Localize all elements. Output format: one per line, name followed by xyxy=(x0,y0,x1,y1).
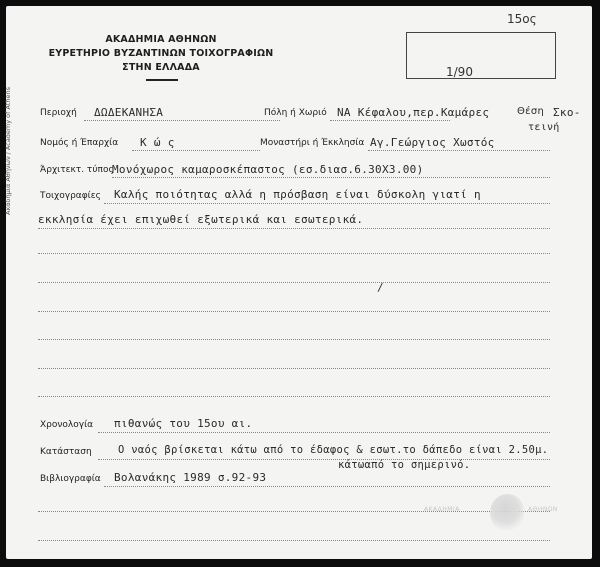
frescoes-text-2: εκκλησία έχει επιχωθεί εξωτερικά και εσω… xyxy=(38,213,363,226)
frescoes-text-1: Καλής ποιότητας αλλά η πρόσβαση είναι δύ… xyxy=(114,188,481,201)
frescoes-label: Τοιχογραφίες xyxy=(40,191,101,201)
condition-text-2: κάτωαπό το σημερινό. xyxy=(338,459,470,471)
blank-line xyxy=(38,282,550,283)
blank-line xyxy=(38,511,550,512)
blank-line xyxy=(38,311,550,312)
bottom-watermark-left: ΑΚΑΔΗΜΙΑ xyxy=(424,506,460,513)
condition-line xyxy=(98,459,550,460)
site-value-continued: τεινή xyxy=(528,122,560,133)
bibliography-value: Βολανάκης 1989 σ.92-93 xyxy=(114,471,266,484)
dating-label: Χρονολογία xyxy=(40,420,93,430)
bottom-watermark-right: ΑΘΗΝΩΝ xyxy=(528,506,558,513)
header-divider xyxy=(146,79,178,81)
reference-box xyxy=(406,32,556,79)
athena-head-watermark-icon xyxy=(490,494,524,532)
blank-line xyxy=(38,253,550,254)
arch-type-label: Άρχιτεκτ. τύπος xyxy=(40,165,114,175)
region-line xyxy=(84,120,280,121)
bibliography-line xyxy=(104,486,550,487)
header-index-title: ΕΥΡΕΤΗΡΙΟ ΒΥΖΑΝΤΙΝΩΝ ΤΟΙΧΟΓΡΑΦΙΩΝ xyxy=(48,47,274,61)
blank-line xyxy=(38,396,550,397)
blank-line xyxy=(38,339,550,340)
condition-text-1: Ο ναός βρίσκεται κάτω από το έδαφος & εσ… xyxy=(118,444,548,456)
stray-pen-mark: / xyxy=(377,281,384,294)
region-value: ΔΩΔΕΚΑΝΗΣΑ xyxy=(94,106,163,119)
monastery-value: Αγ.Γεώργιος Χωστός xyxy=(370,136,495,149)
page-number: 15ος xyxy=(507,12,537,26)
arch-type-line xyxy=(112,177,550,178)
city-line xyxy=(330,120,450,121)
bibliography-label: Βιβλιογραφία xyxy=(40,474,101,484)
site-value: Σκο- xyxy=(553,106,581,119)
frescoes-line-1 xyxy=(104,203,550,204)
monastery-line xyxy=(368,150,550,151)
prefecture-line xyxy=(132,150,260,151)
city-value: ΝΑ Κέφαλου,περ.Καμάρες xyxy=(337,106,489,119)
reference-number: 1/90 xyxy=(446,65,473,79)
side-watermark: Ακαδημία Αθηνών / Academy of Athens xyxy=(4,87,12,215)
header-institution: ΑΚΑΔΗΜΙΑ ΑΘΗΝΩΝ xyxy=(48,33,274,47)
dating-value: πιθανώς του 15ου αι. xyxy=(114,417,252,430)
city-label: Πόλη ή Χωριό xyxy=(264,108,327,118)
region-label: Περιοχή xyxy=(40,108,77,118)
site-label: Θέση xyxy=(517,106,544,117)
monastery-label: Μοναστήρι ή Έκκλησία xyxy=(260,138,364,148)
blank-line xyxy=(38,540,550,541)
dating-line xyxy=(98,432,550,433)
arch-type-value: Μονόχωρος καμαροσκέπαστος (εσ.διασ.6.30Χ… xyxy=(112,163,424,176)
blank-line xyxy=(38,368,550,369)
prefecture-value: Κ ώ ς xyxy=(140,136,175,149)
condition-label: Κατάσταση xyxy=(40,447,92,457)
header-country: ΣΤΗΝ ΕΛΛΑΔΑ xyxy=(48,61,274,75)
card-header: ΑΚΑΔΗΜΙΑ ΑΘΗΝΩΝ ΕΥΡΕΤΗΡΙΟ ΒΥΖΑΝΤΙΝΩΝ ΤΟΙ… xyxy=(48,33,274,75)
prefecture-label: Νομός ή Έπαρχία xyxy=(40,138,118,148)
frescoes-line-2 xyxy=(38,228,550,229)
